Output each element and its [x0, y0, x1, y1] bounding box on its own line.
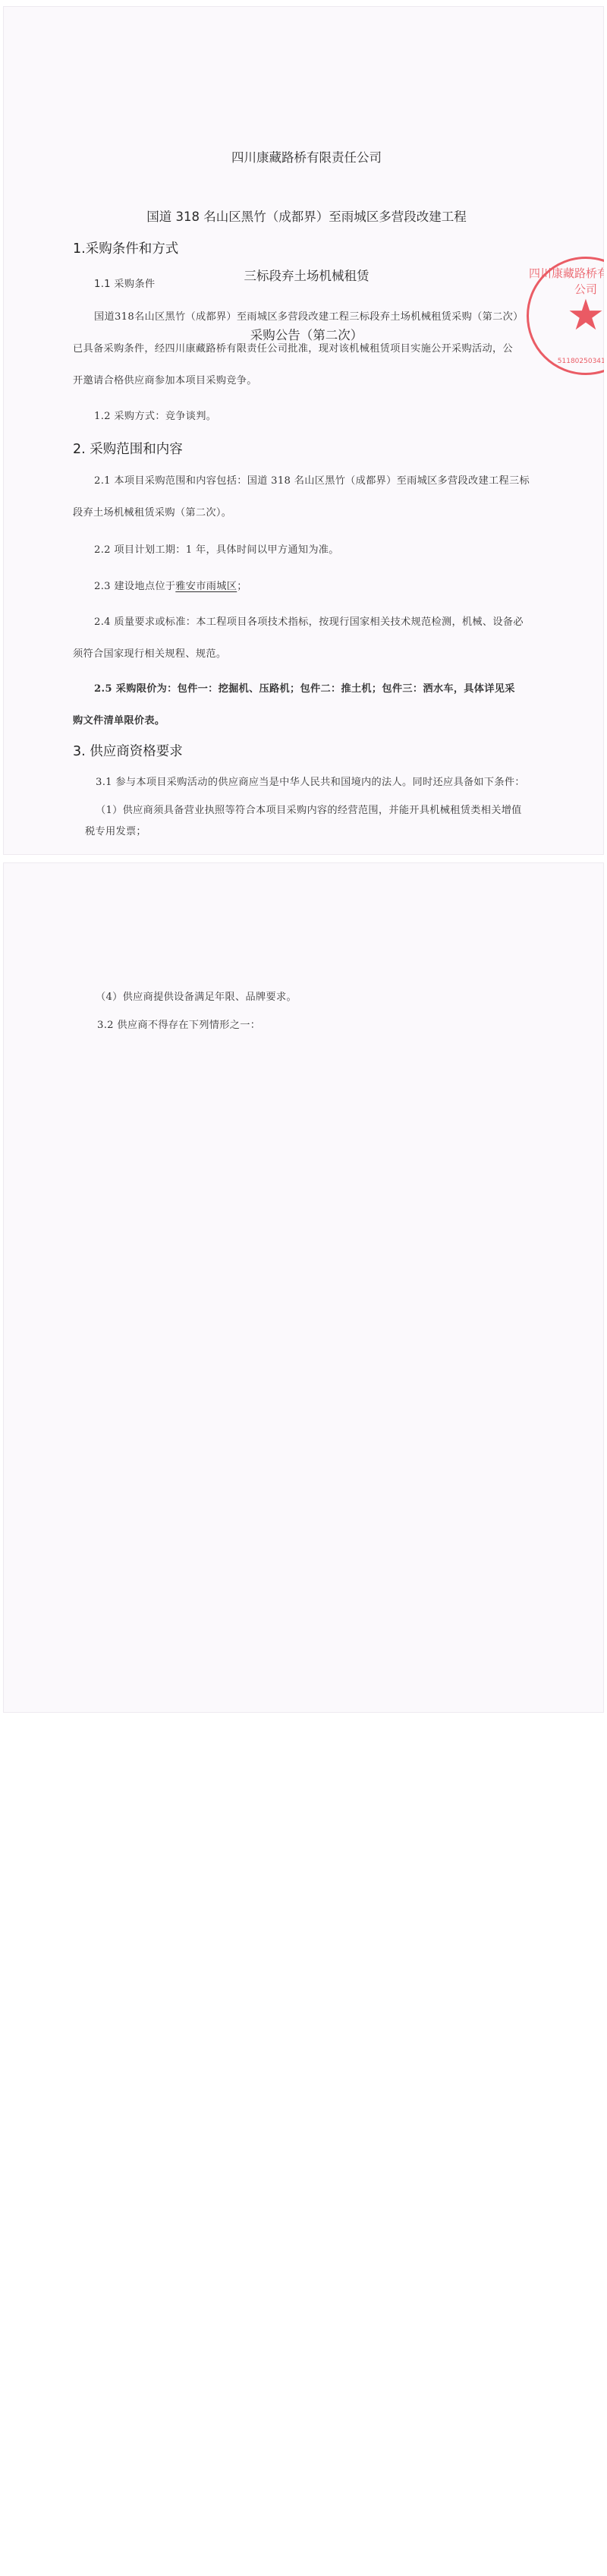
construction-location: 雅安市雨城区	[175, 581, 237, 592]
document-page-2: （4）供应商提供设备满足年限、品牌要求。 3.2 供应商不得存在下列情形之一：	[3, 862, 604, 1713]
section-2-3-suffix: ；	[237, 581, 247, 592]
section-2-1-line2: 段弃土场机械租赁采购（第二次）。	[73, 504, 231, 519]
section-2-5-line1: 2.5 采购限价为：包件一：挖掘机、压路机；包件二：推土机；包件三：洒水车，具体…	[94, 680, 515, 695]
section-1-1-label: 1.1 采购条件	[94, 276, 155, 290]
section-3-1-item-1-line2: 税专用发票；	[85, 823, 146, 837]
company-title: 四川康藏路桥有限责任公司	[3, 147, 604, 166]
section-2-5-line2: 购文件清单限价表。	[73, 712, 165, 727]
section-1-2: 1.2 采购方式：竞争谈判。	[94, 408, 216, 422]
section-3-1: 3.1 参与本项目采购活动的供应商应当是中华人民共和国境内的法人。同时还应具备如…	[96, 774, 525, 788]
project-title-line1: 国道 318 名山区黑竹（成都界）至雨城区多营段改建工程	[3, 207, 604, 225]
document-page-1: 四川康藏路桥有限责任公司 国道 318 名山区黑竹（成都界）至雨城区多营段改建工…	[3, 6, 604, 855]
section-2-2: 2.2 项目计划工期：1 年，具体时间以甲方通知为准。	[94, 541, 339, 556]
section-2-4-line1: 2.4 质量要求或标准：本工程项目各项技术指标，按现行国家相关技术规范检测，机械…	[94, 613, 524, 628]
section-3-1-item-1-line1: （1）供应商须具备营业执照等符合本项目采购内容的经营范围，并能开具机械租赁类相关…	[96, 802, 522, 816]
section-1-1-text-line3: 开邀请合格供应商参加本项目采购竞争。	[73, 372, 257, 386]
seal-star-icon: ★	[567, 295, 604, 337]
company-seal-page-1: 四川康藏路桥有限责任公司 ★ 5118025034105	[527, 257, 604, 375]
section-3-2: 3.2 供应商不得存在下列情形之一：	[97, 1017, 260, 1031]
section-1-1-text-line2: 已具备采购条件，经四川康藏路桥有限责任公司批准，现对该机械租赁项目实施公开采购活…	[73, 340, 513, 355]
project-title-line2: 三标段弃土场机械租赁	[3, 266, 604, 284]
section-2-3: 2.3 建设地点位于雅安市雨城区；	[94, 578, 247, 592]
seal-code: 5118025034105	[529, 358, 604, 365]
section-1-heading: 1.采购条件和方式	[73, 238, 178, 257]
section-2-1-line1: 2.1 本项目采购范围和内容包括：国道 318 名山区黑竹（成都界）至雨城区多营…	[94, 472, 530, 487]
section-3-heading: 3. 供应商资格要求	[73, 741, 183, 760]
section-2-3-prefix: 2.3 建设地点位于	[94, 581, 175, 592]
section-1-1-text-line1: 国道318名山区黑竹（成都界）至雨城区多营段改建工程三标段弃土场机械租赁采购（第…	[94, 308, 524, 323]
section-3-1-item-4: （4）供应商提供设备满足年限、品牌要求。	[96, 988, 297, 1003]
section-2-4-line2: 须符合国家现行相关规程、规范。	[73, 645, 226, 660]
section-2-heading: 2. 采购范围和内容	[73, 439, 183, 458]
